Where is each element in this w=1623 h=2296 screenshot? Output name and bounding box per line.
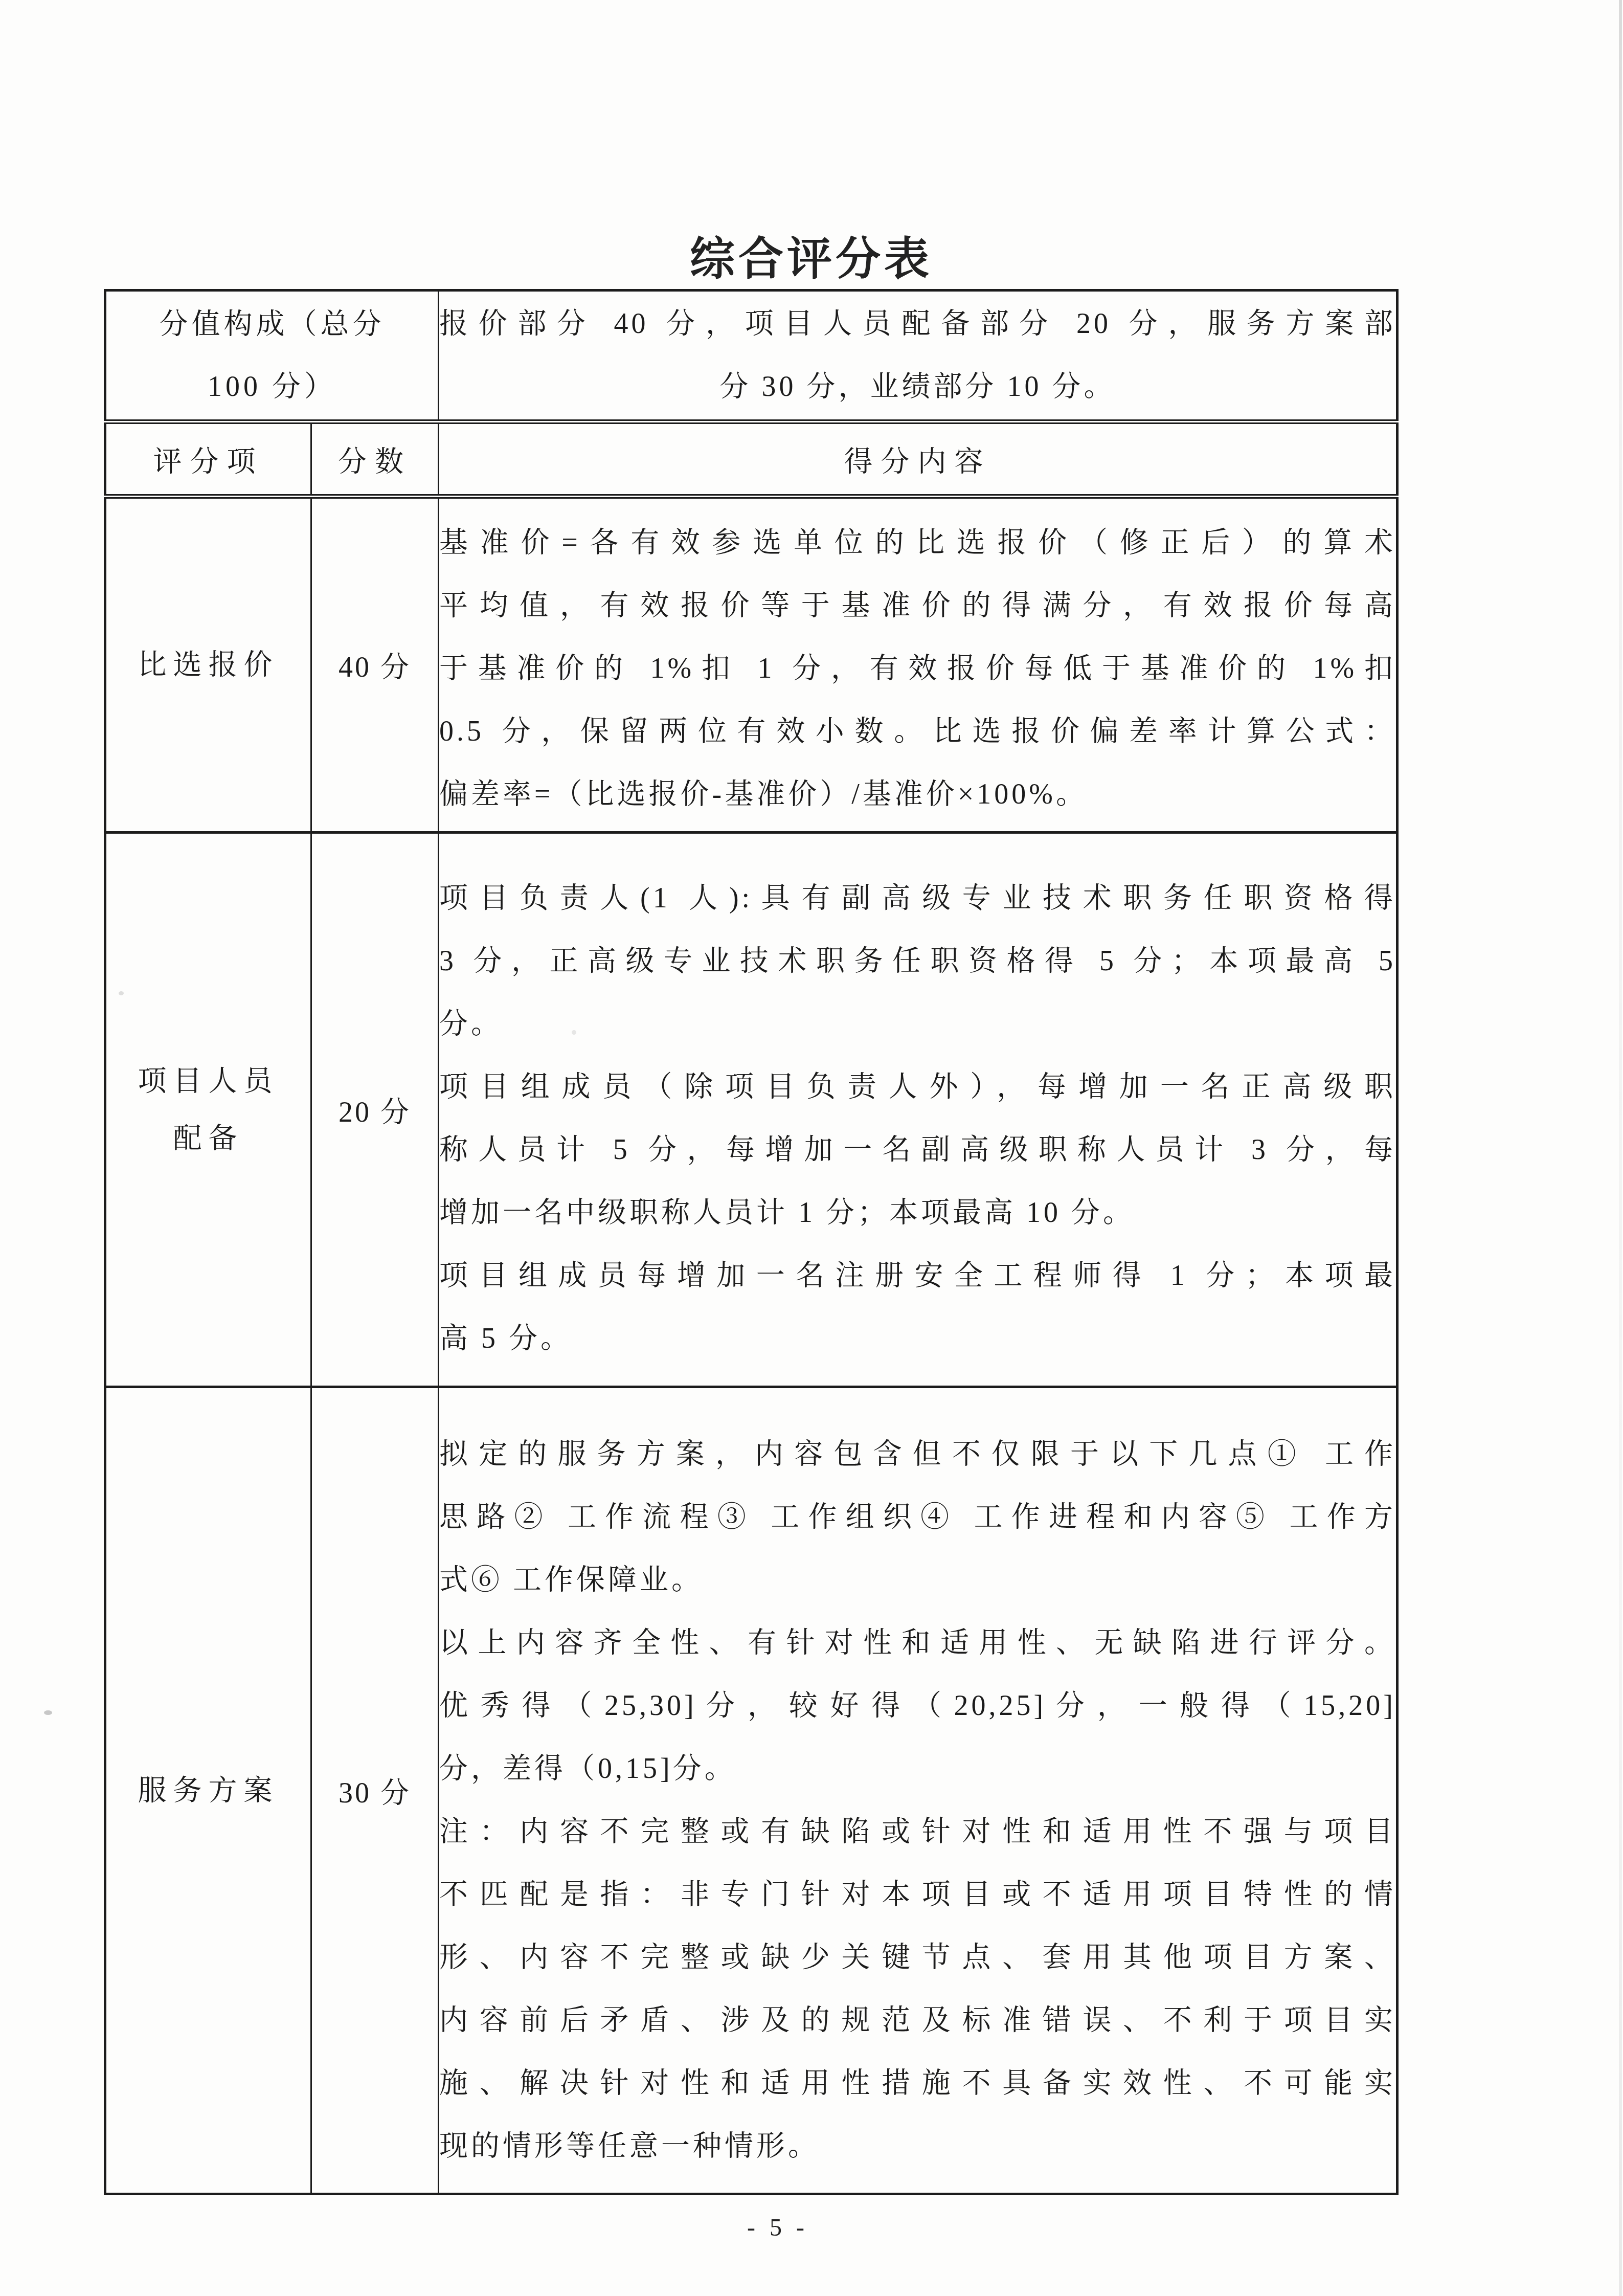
text-line: 项目组成员每增加一名注册安全工程师得 1 分；本项最: [439, 1244, 1396, 1307]
text-line: 式⑥ 工作保障业。: [439, 1549, 1396, 1612]
text-line: 以上内容齐全性、有针对性和适用性、无缺陷进行评分。: [439, 1612, 1396, 1675]
text-line: 100 分）: [106, 355, 438, 418]
table-row-bid-price: 比选报价 40 分 基准价=各有效参选单位的比选报价（修正后）的算术平均值，有效…: [105, 497, 1397, 833]
text-line: 注：内容不完整或有缺陷或针对性和适用性不强与项目: [439, 1800, 1396, 1863]
text-line: 平均值，有效报价等于基准价的得满分，有效报价每高: [439, 574, 1396, 637]
service-plan-item-cell: 服务方案: [105, 1387, 311, 2194]
text-line: 基准价=各有效参选单位的比选报价（修正后）的算术: [439, 511, 1396, 574]
scoring-table: 分值构成（总分100 分） 报价部分 40 分，项目人员配备部分 20 分，服务…: [104, 289, 1399, 2195]
scan-speck-artifact: [572, 1030, 576, 1035]
text-line: 优秀得（25,30]分，较好得（20,25]分，一般得（15,20]: [439, 1675, 1396, 1737]
text-line: 高 5 分。: [439, 1307, 1396, 1370]
text-line: 现的情形等任意一种情形。: [439, 2115, 1396, 2178]
text-line: 比选报价: [106, 634, 310, 696]
text-line: 形、内容不完整或缺少关键节点、套用其他项目方案、: [439, 1926, 1396, 1989]
text-line: 分值构成（总分: [106, 293, 438, 355]
project-staffing-score-cell: 20 分: [311, 833, 439, 1387]
text-line: 3 分，正高级专业技术职务任职资格得 5 分；本项最高 5: [439, 930, 1396, 993]
scan-edge-artifact: [1619, 0, 1622, 2296]
text-line: 配备: [106, 1110, 310, 1167]
bid-price-content-cell: 基准价=各有效参选单位的比选报价（修正后）的算术平均值，有效报价等于基准价的得满…: [439, 497, 1397, 833]
text-line: 增加一名中级职称人员计 1 分；本项最高 10 分。: [439, 1182, 1396, 1244]
text-line: 不匹配是指：非专门针对本项目或不适用项目特性的情: [439, 1863, 1396, 1926]
text-line: 报价部分 40 分，项目人员配备部分 20 分，服务方案部: [439, 293, 1396, 355]
text-line: 项目人员: [106, 1053, 310, 1110]
bid-price-score-cell: 40 分: [311, 497, 439, 833]
text-line: 施、解决针对性和适用性措施不具备实效性、不可能实: [439, 2052, 1396, 2115]
table-row-project-staffing: 项目人员配备 20 分 项目负责人(1 人):具有副高级专业技术职务任职资格得3…: [105, 833, 1397, 1387]
column-header-score: 分数: [311, 422, 439, 497]
text-line: 思路② 工作流程③ 工作组织④ 工作进程和内容⑤ 工作方: [439, 1486, 1396, 1549]
bid-price-item-cell: 比选报价: [105, 497, 311, 833]
text-line: 项目负责人(1 人):具有副高级专业技术职务任职资格得: [439, 867, 1396, 930]
column-header-item: 评分项: [105, 422, 311, 497]
page-number: - 5 -: [0, 2214, 1589, 2242]
service-plan-score-cell: 30 分: [311, 1387, 439, 2194]
score-composition-content-cell: 报价部分 40 分，项目人员配备部分 20 分，服务方案部分 30 分，业绩部分…: [439, 291, 1397, 422]
text-line: 于基准价的 1%扣 1 分，有效报价每低于基准价的 1%扣: [439, 637, 1396, 700]
scan-speck-artifact: [119, 991, 124, 995]
text-line: 称人员计 5 分，每增加一名副高级职称人员计 3 分，每: [439, 1119, 1396, 1182]
scanned-document-page: 综合评分表 分值构成（总分100 分） 报价部分 40 分，项目人员配备部分 2…: [0, 0, 1623, 2296]
table-row-score-composition: 分值构成（总分100 分） 报价部分 40 分，项目人员配备部分 20 分，服务…: [105, 291, 1397, 422]
text-line: 偏差率=（比选报价-基准价）/基准价×100%。: [439, 763, 1396, 826]
project-staffing-item-cell: 项目人员配备: [105, 833, 311, 1387]
text-line: 拟定的服务方案，内容包含但不仅限于以下几点① 工作: [439, 1423, 1396, 1486]
table-header-row: 评分项 分数 得分内容: [105, 422, 1397, 497]
text-line: 分，差得（0,15]分。: [439, 1737, 1396, 1800]
service-plan-content-cell: 拟定的服务方案，内容包含但不仅限于以下几点① 工作思路② 工作流程③ 工作组织④…: [439, 1387, 1397, 2194]
score-composition-label-cell: 分值构成（总分100 分）: [105, 291, 439, 422]
scan-speck-artifact: [44, 1710, 52, 1715]
text-line: 内容前后矛盾、涉及的规范及标准错误、不利于项目实: [439, 1989, 1396, 2052]
project-staffing-content-cell: 项目负责人(1 人):具有副高级专业技术职务任职资格得3 分，正高级专业技术职务…: [439, 833, 1397, 1387]
text-line: 服务方案: [106, 1759, 310, 1822]
table-row-service-plan: 服务方案 30 分 拟定的服务方案，内容包含但不仅限于以下几点① 工作思路② 工…: [105, 1387, 1397, 2194]
text-line: 0.5 分，保留两位有效小数。比选报价偏差率计算公式：: [439, 700, 1396, 763]
column-header-content: 得分内容: [439, 422, 1397, 497]
page-title: 综合评分表: [104, 223, 1457, 287]
text-line: 项目组成员（除项目负责人外），每增加一名正高级职: [439, 1056, 1396, 1119]
text-line: 分 30 分，业绩部分 10 分。: [439, 355, 1396, 418]
text-line: 分。: [439, 993, 1396, 1056]
